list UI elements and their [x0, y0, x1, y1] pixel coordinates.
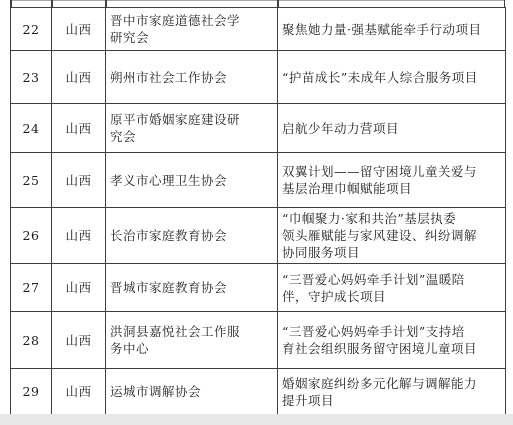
organization-cell: 孝义市心理卫生协会	[106, 153, 278, 208]
organization-cell: 洪洞县嘉悦社会工作服 务中心	[106, 312, 278, 369]
province-cell: 山西	[52, 8, 106, 51]
project-cell: 婚姻家庭纠纷多元化解与调解能力 提升项目	[278, 369, 506, 415]
row-number-cell: 26	[11, 208, 52, 264]
document-table-screenshot: 22 山西 晋中市家庭道德社会学 研究会 聚焦她力量·强基赋能牵手行动项目 23…	[0, 0, 513, 425]
column-border	[504, 0, 506, 7]
table-row: 28 山西 洪洞县嘉悦社会工作服 务中心 “三晋爱心妈妈牵手计划”支持培 育社会…	[11, 312, 506, 369]
organization-cell: 原平市婚姻家庭建设研 究会	[106, 104, 278, 153]
project-cell: “三晋爱心妈妈牵手计划”支持培 育社会组织服务留守困境儿童项目	[278, 312, 506, 369]
province-cell: 山西	[52, 264, 106, 312]
table-top-partial-row	[10, 0, 505, 7]
table-row: 27 山西 晋城市家庭教育协会 “三晋爱心妈妈牵手计划”温暖陪 伴，守护成长项目	[11, 264, 506, 312]
row-number-cell: 28	[11, 312, 52, 369]
row-number-cell: 22	[11, 8, 52, 51]
project-cell: “三晋爱心妈妈牵手计划”温暖陪 伴，守护成长项目	[278, 264, 506, 312]
page-background-strip	[0, 414, 513, 425]
table-row: 29 山西 运城市调解协会 婚姻家庭纠纷多元化解与调解能力 提升项目	[11, 369, 506, 415]
province-cell: 山西	[52, 369, 106, 415]
project-cell: 双翼计划——留守困境儿童关爱与 基层治理巾帼赋能项目	[278, 153, 506, 208]
table-row: 26 山西 长治市家庭教育协会 “巾帼聚力·家和共治”基层执委 领头雁赋能与家风…	[11, 208, 506, 264]
column-border	[51, 0, 53, 7]
column-border	[277, 0, 279, 7]
organization-cell: 长治市家庭教育协会	[106, 208, 278, 264]
organization-cell: 晋城市家庭教育协会	[106, 264, 278, 312]
table-row: 22 山西 晋中市家庭道德社会学 研究会 聚焦她力量·强基赋能牵手行动项目	[11, 8, 506, 51]
funded-projects-table: 22 山西 晋中市家庭道德社会学 研究会 聚焦她力量·强基赋能牵手行动项目 23…	[10, 7, 506, 415]
row-number-cell: 27	[11, 264, 52, 312]
organization-cell: 运城市调解协会	[106, 369, 278, 415]
province-cell: 山西	[52, 153, 106, 208]
province-cell: 山西	[52, 208, 106, 264]
organization-cell: 朔州市社会工作协会	[106, 51, 278, 104]
table-row: 24 山西 原平市婚姻家庭建设研 究会 启航少年动力营项目	[11, 104, 506, 153]
column-border	[105, 0, 107, 7]
project-cell: 聚焦她力量·强基赋能牵手行动项目	[278, 8, 506, 51]
province-cell: 山西	[52, 312, 106, 369]
project-cell: 启航少年动力营项目	[278, 104, 506, 153]
organization-cell: 晋中市家庭道德社会学 研究会	[106, 8, 278, 51]
row-number-cell: 29	[11, 369, 52, 415]
row-number-cell: 23	[11, 51, 52, 104]
table-row: 25 山西 孝义市心理卫生协会 双翼计划——留守困境儿童关爱与 基层治理巾帼赋能…	[11, 153, 506, 208]
column-border	[10, 0, 12, 7]
row-number-cell: 25	[11, 153, 52, 208]
province-cell: 山西	[52, 104, 106, 153]
project-cell: “巾帼聚力·家和共治”基层执委 领头雁赋能与家风建设、纠纷调解 协同服务项目	[278, 208, 506, 264]
province-cell: 山西	[52, 51, 106, 104]
row-number-cell: 24	[11, 104, 52, 153]
project-cell: “护苗成长”未成年人综合服务项目	[278, 51, 506, 104]
table-row: 23 山西 朔州市社会工作协会 “护苗成长”未成年人综合服务项目	[11, 51, 506, 104]
